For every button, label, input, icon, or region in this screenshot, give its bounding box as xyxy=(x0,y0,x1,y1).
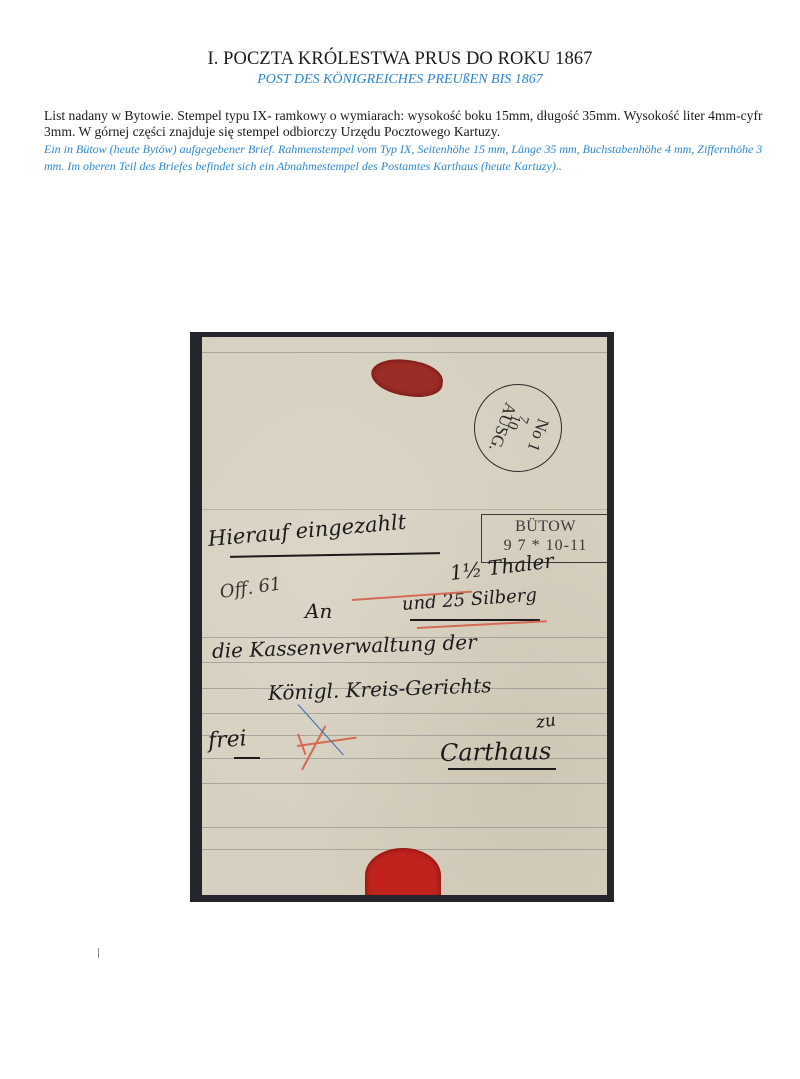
handwriting-amount-silbergroschen: und 25 Silberg xyxy=(401,585,537,615)
red-crayon-stroke xyxy=(417,620,547,629)
handwriting-zu: zu xyxy=(535,710,557,733)
handwriting-underline xyxy=(448,768,556,770)
paper-rule xyxy=(202,662,607,663)
handwriting-destination-carthaus: Carthaus xyxy=(440,737,552,767)
receiving-postmark-karthaus: AUSG. 10. 7 No 1 xyxy=(474,384,562,472)
paper-rule xyxy=(202,783,607,784)
handwriting-address-line2: Königl. Kreis-Gerichts xyxy=(268,673,492,705)
wax-seal-bottom xyxy=(365,848,441,895)
handwriting-underline xyxy=(234,757,260,759)
handwriting-address-line1: die Kassenverwaltung der xyxy=(212,630,477,663)
postal-cover-image: AUSG. 10. 7 No 1 BÜTOW 9 7 * 10-11 Hiera… xyxy=(202,337,607,895)
page-title: I. POCZTA KRÓLESTWA PRUS DO ROKU 1867 xyxy=(0,49,800,70)
handwriting-underline xyxy=(230,552,440,558)
paper-rule xyxy=(202,827,607,828)
postmark-town: BÜTOW xyxy=(482,518,607,536)
handwriting-hierauf-eingezahlt: Hierauf eingezahlt xyxy=(207,510,407,551)
description-polish: List nadany w Bytowie. Stempel typu IX- … xyxy=(44,108,784,140)
handwriting-amount-thaler: 1½ Thaler xyxy=(449,548,556,585)
description-german: Ein in Bütow (heute Bytów) aufgegebener … xyxy=(44,141,784,175)
paper-rule xyxy=(202,735,607,736)
handwriting-reference: Off. 61 xyxy=(219,573,283,602)
blue-crayon-stroke xyxy=(298,704,344,755)
handwriting-an: An xyxy=(305,599,332,623)
handwriting-frei: frei xyxy=(207,726,247,754)
page-subtitle: POST DES KÖNIGREICHES PREUßEN BIS 1867 xyxy=(0,72,800,88)
scan-mark xyxy=(98,948,99,958)
paper-rule xyxy=(202,352,607,353)
wax-seal-top xyxy=(369,356,444,399)
